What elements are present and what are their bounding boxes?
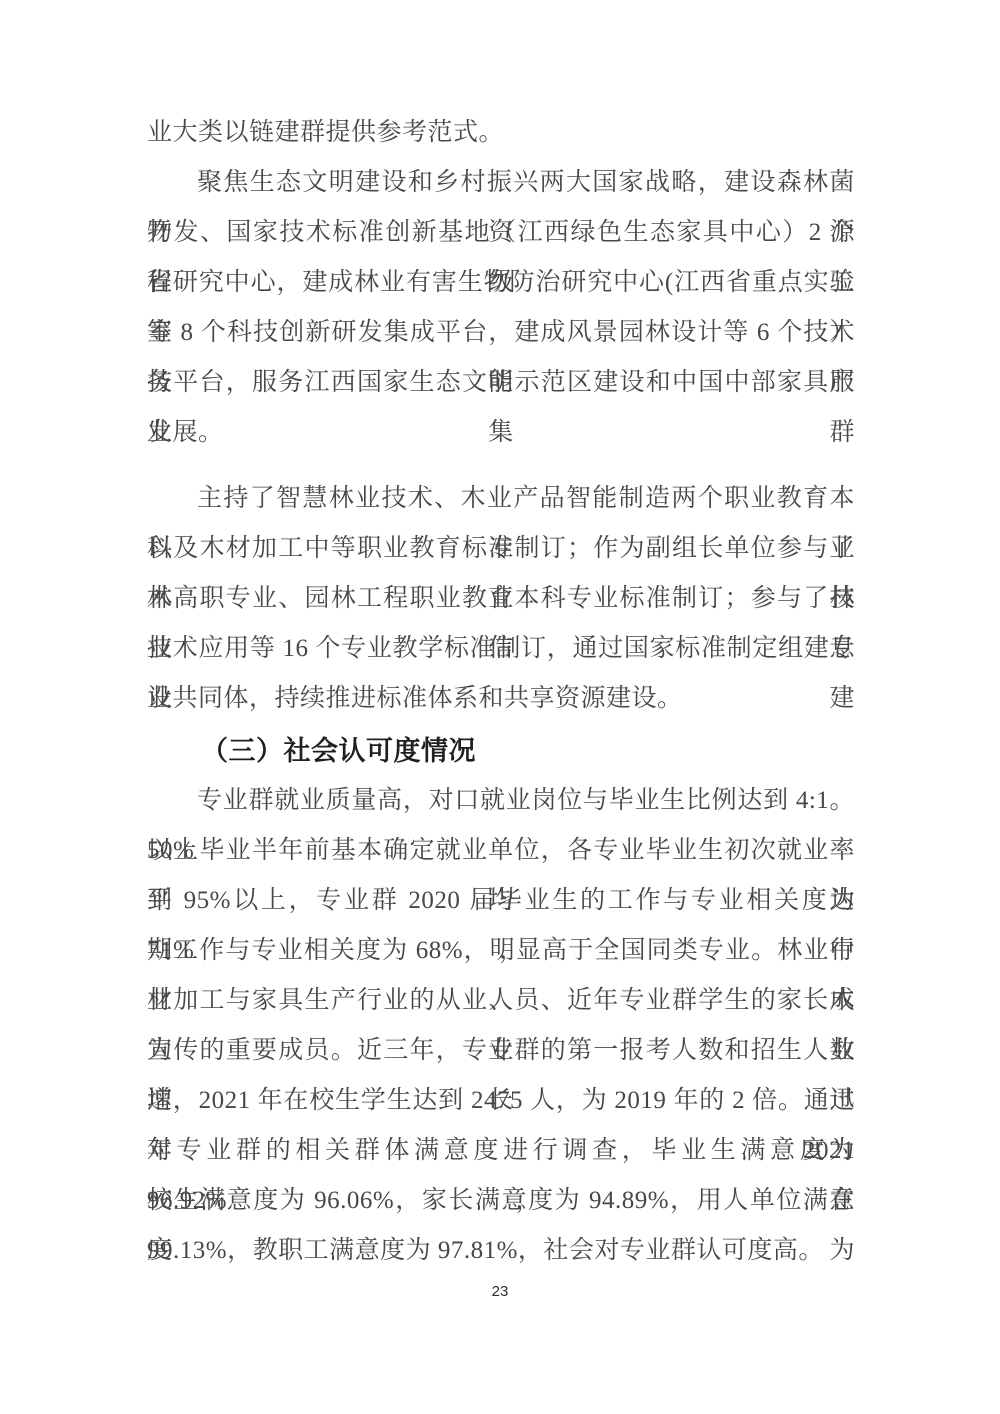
paragraph-line: 到 95%以上，专业群 2020 届毕业生的工作与专业相关度为 71%，中	[147, 876, 855, 926]
paragraph-line: 技术应用等 16 个专业教学标准制订，通过国家标准制定组建专业建	[147, 624, 855, 674]
paragraph-line: 期工作与专业相关度为 68%，明显高于全国同类专业。林业行业、木	[147, 926, 855, 976]
paragraph-line: 校生满意度为 96.06%，家长满意度为 94.89%，用人单位满意度为	[147, 1176, 855, 1226]
document-page: 业大类以链建群提供参考范式。 聚焦生态文明建设和乡村振兴两大国家战略，建设森林菌…	[0, 0, 1000, 1414]
paragraph-line: 年专业群的相关群体满意度进行调查，毕业生满意度为 96.92%，在	[147, 1126, 855, 1176]
paragraph-line: 业大类以链建群提供参考范式。	[147, 108, 855, 158]
section-heading: （三）社会认可度情况	[147, 726, 855, 776]
paragraph-line: 术高职专业、园林工程职业教育本科专业标准制订；参与了林业信息	[147, 574, 855, 624]
page-number: 23	[0, 1283, 1000, 1300]
paragraph-line: 开发、国家技术标准创新基地（江西绿色生态家具中心）2 个省级工	[147, 208, 855, 258]
paragraph-line: 以及木材加工中等职业教育标准制订；作为副组长单位参与了林业技	[147, 524, 855, 574]
paragraph-line: 材加工与家具生产行业的从业人员、近年专业群学生的家长成为专业	[147, 976, 855, 1026]
paragraph-line: 以上毕业半年前基本确定就业单位，各专业毕业生初次就业率平均达	[147, 826, 855, 876]
paragraph-line: 聚焦生态文明建设和乡村振兴两大国家战略，建设森林菌物资源	[147, 158, 855, 208]
paragraph-line: 宣传的重要成员。近三年，专业群的第一报考人数和招生人数增长迅	[147, 1026, 855, 1076]
paragraph-line: 务平台，服务江西国家生态文明示范区建设和中国中部家具产业集群	[147, 358, 855, 408]
paragraph-line: 主持了智慧林业技术、木业产品智能制造两个职业教育本科专业	[147, 474, 855, 524]
paragraph-line: 专业群就业质量高，对口就业岗位与毕业生比例达到 4:1。50%	[147, 776, 855, 826]
paragraph-line: 99.13%，教职工满意度为 97.81%，社会对专业群认可度高。	[147, 1226, 855, 1276]
paragraph-line: 程研究中心，建成林业有害生物防治研究中心(江西省重点实验室）	[147, 258, 855, 308]
text-content: 业大类以链建群提供参考范式。 聚焦生态文明建设和乡村振兴两大国家战略，建设森林菌…	[147, 108, 855, 1276]
paragraph-line: 速，2021 年在校生学生达到 2475 人，为 2019 年的 2 倍。通过对…	[147, 1076, 855, 1126]
paragraph-line: 等 8 个科技创新研发集成平台，建成风景园林设计等 6 个技术技能服	[147, 308, 855, 358]
